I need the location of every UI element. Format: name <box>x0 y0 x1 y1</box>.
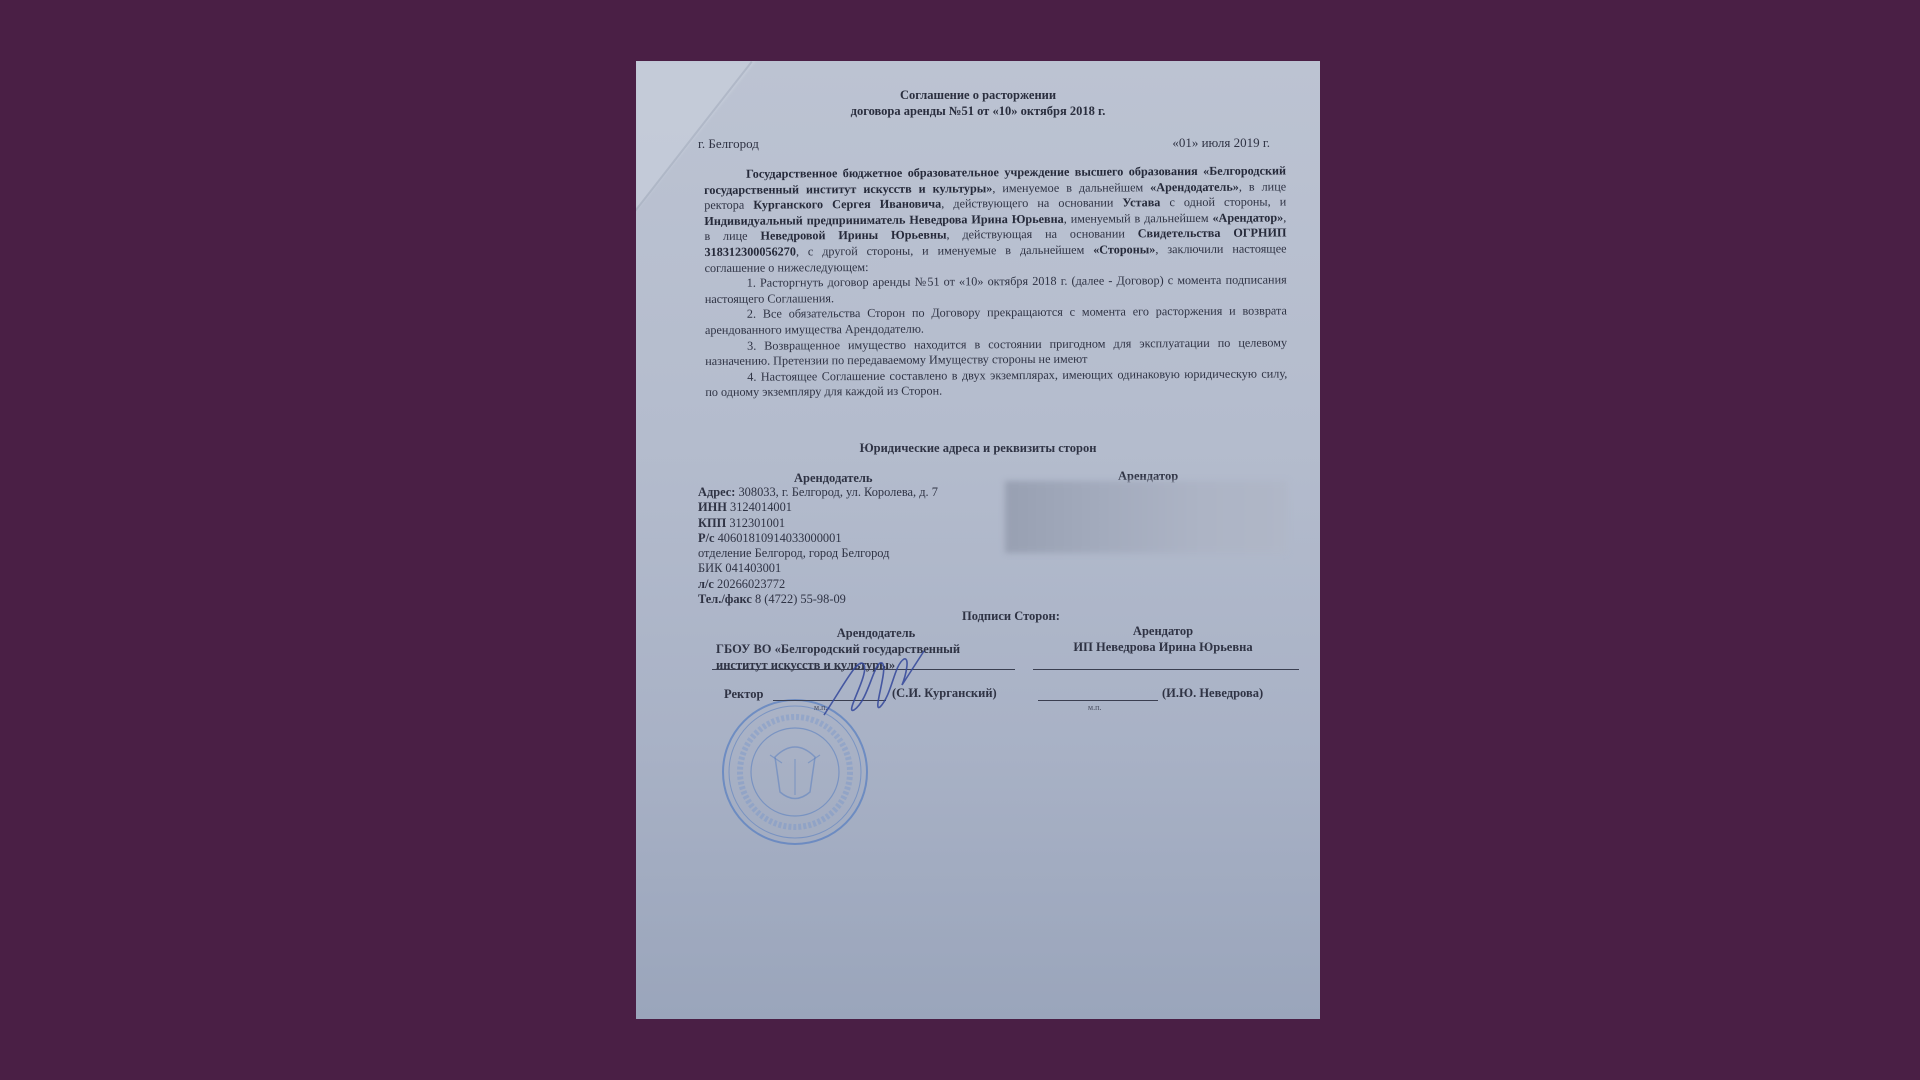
requisite-row: отделение Белгород, город Белгород <box>698 546 938 561</box>
agreement-date: «01» июля 2019 г. <box>1172 135 1270 151</box>
redacted-lessee-details <box>1005 481 1287 553</box>
rector-label: Ректор <box>724 687 763 702</box>
agreement-item: 3. Возвращенное имущество находится в со… <box>705 335 1287 370</box>
agreement-items: 1. Расторгнуть договор аренды №51 от «10… <box>705 273 1288 401</box>
city: г. Белгород <box>698 136 759 152</box>
handwritten-signature-icon <box>814 645 934 725</box>
agreement-body: Государственное бюджетное образовательно… <box>704 163 1287 400</box>
lessee-role: Арендатор <box>1030 623 1296 639</box>
signatures-title: Подписи Сторон: <box>962 609 1060 624</box>
document-title: Соглашение о расторжении договора аренды… <box>636 87 1320 119</box>
lessor-role: Арендодатель <box>736 625 1016 641</box>
lessee-org: ИП Неведрова Ирина Юрьевна <box>1030 639 1296 655</box>
agreement-document: Соглашение о расторжении договора аренды… <box>636 61 1320 1019</box>
lessee-signature-block: Арендатор ИП Неведрова Ирина Юрьевна <box>1030 623 1296 655</box>
requisites-title: Юридические адреса и реквизиты сторон <box>636 441 1320 456</box>
seal-mark-right: м.п. <box>1088 703 1101 712</box>
requisite-row: ИНН 3124014001 <box>698 500 938 515</box>
title-line-2: договора аренды №51 от «10» октября 2018… <box>636 103 1320 119</box>
requisite-row: БИК 041403001 <box>698 561 938 576</box>
lessor-requisites: Адрес: 308033, г. Белгород, ул. Королева… <box>698 485 938 607</box>
document-photo: Соглашение о расторжении договора аренды… <box>636 61 1320 1019</box>
agreement-item: 2. Все обязательства Сторон по Договору … <box>705 304 1287 339</box>
title-line-1: Соглашение о расторжении <box>636 87 1320 103</box>
requisite-row: л/с 20266023772 <box>698 577 938 592</box>
preamble: Государственное бюджетное образовательно… <box>704 163 1287 276</box>
requisite-row: КПП 312301001 <box>698 516 938 531</box>
lessee-signatory-name: (И.Ю. Неведрова) <box>1162 686 1263 701</box>
lessor-heading: Арендодатель <box>794 471 873 486</box>
agreement-item: 4. Настоящее Соглашение составлено в дву… <box>705 366 1287 401</box>
requisite-row: Р/с 40601810914033000001 <box>698 531 938 546</box>
requisite-row: Тел./факс 8 (4722) 55-98-09 <box>698 592 938 607</box>
lessee-org-underline <box>1033 669 1299 670</box>
agreement-item: 1. Расторгнуть договор аренды №51 от «10… <box>705 273 1287 308</box>
requisite-row: Адрес: 308033, г. Белгород, ул. Королева… <box>698 485 938 500</box>
lessee-signature-line <box>1038 700 1158 701</box>
